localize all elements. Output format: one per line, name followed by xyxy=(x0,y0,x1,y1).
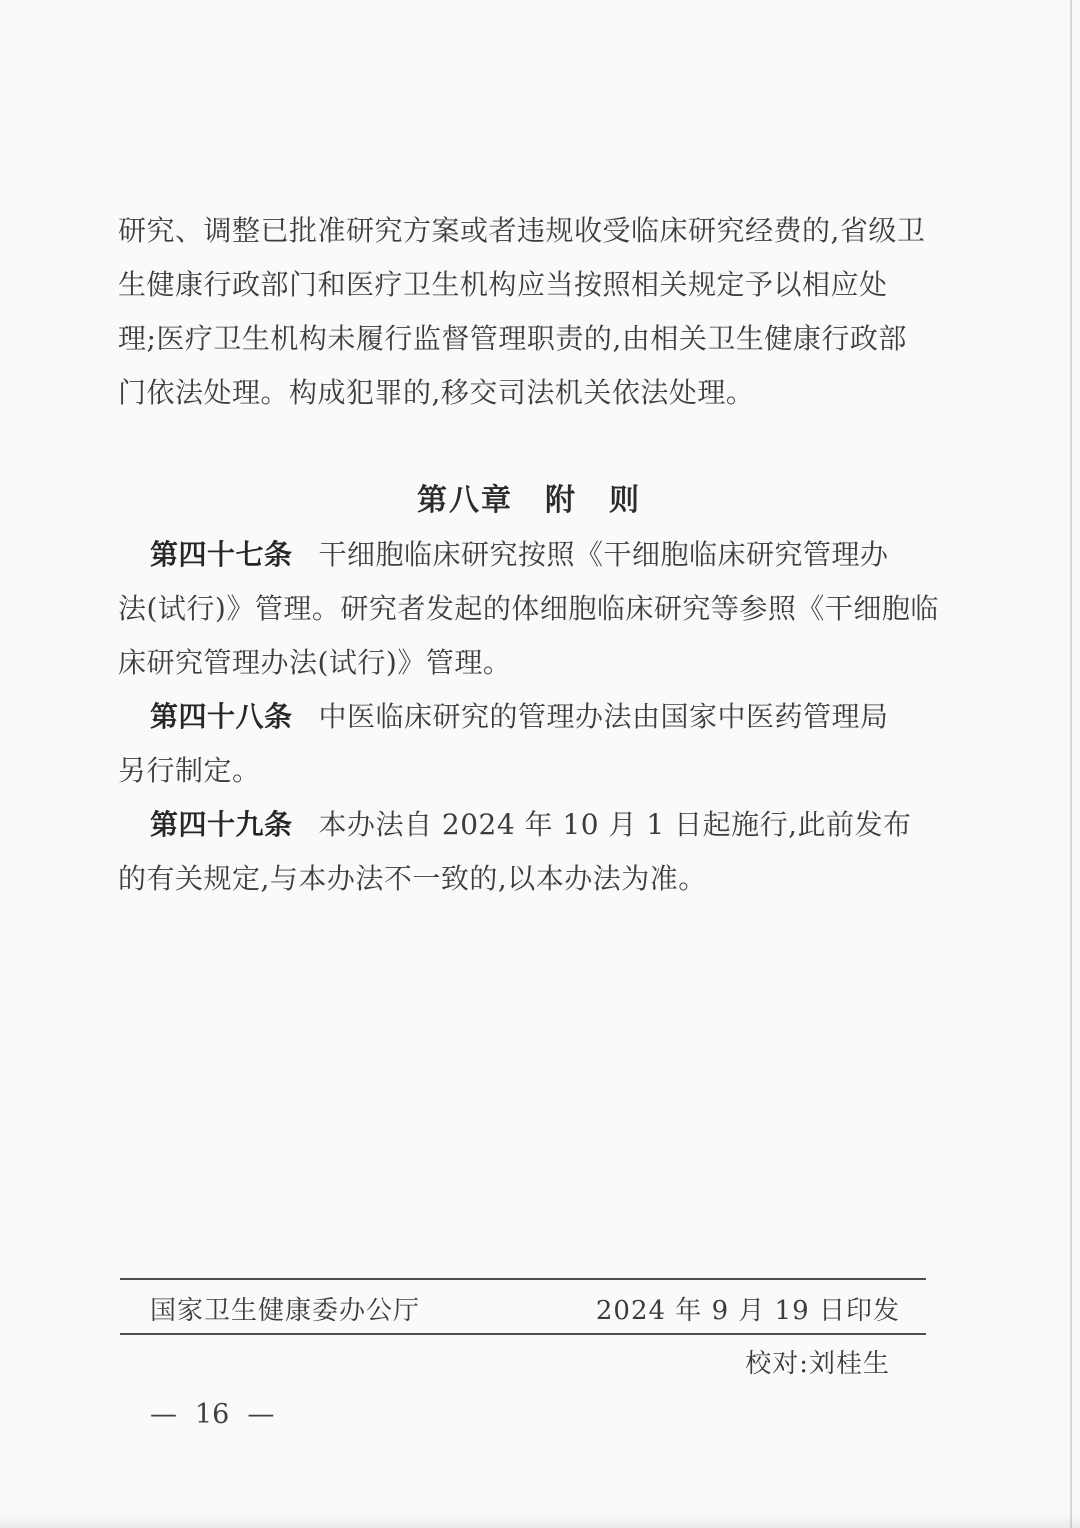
body-text-line: 生健康行政部门和医疗卫生机构应当按照相关规定予以相应处 xyxy=(118,258,940,312)
issuing-office: 国家卫生健康委办公厅 xyxy=(120,1290,420,1327)
print-date: 2024 年 9 月 19 日印发 xyxy=(596,1290,926,1327)
body-text-line: 床研究管理办法(试行)》管理。 xyxy=(118,636,940,690)
article-49-number: 第四十九条 xyxy=(150,808,293,841)
proofreader: 校对:刘桂生 xyxy=(745,1344,890,1384)
article-47-first-line: 第四十七条干细胞临床研究按照《干细胞临床研究管理办 xyxy=(118,528,940,582)
body-text-line: 理;医疗卫生机构未履行监督管理职责的,由相关卫生健康行政部 xyxy=(118,312,940,366)
page-number-dash-left: — xyxy=(150,1399,177,1430)
page-number-dash-right: — xyxy=(247,1399,274,1430)
article-48-number: 第四十八条 xyxy=(150,700,293,733)
footer-rule-bottom xyxy=(120,1333,926,1335)
article-47-text: 干细胞临床研究按照《干细胞临床研究管理办 xyxy=(319,538,889,571)
article-49-text: 本办法自 2024 年 10 月 1 日起施行,此前发布 xyxy=(319,808,912,841)
body-text-line: 另行制定。 xyxy=(118,744,940,798)
page-number: — 16 — xyxy=(150,1396,274,1432)
document-page: 研究、调整已批准研究方案或者违规收受临床研究经费的,省级卫 生健康行政部门和医疗… xyxy=(0,0,1080,1528)
scan-shadow-artifact xyxy=(0,1514,1080,1528)
body-text-line: 的有关规定,与本办法不一致的,以本办法为准。 xyxy=(118,852,940,906)
body-text-line: 法(试行)》管理。研究者发起的体细胞临床研究等参照《干细胞临 xyxy=(118,582,940,636)
article-47-number: 第四十七条 xyxy=(150,538,293,571)
document-body: 研究、调整已批准研究方案或者违规收受临床研究经费的,省级卫 生健康行政部门和医疗… xyxy=(118,204,940,906)
footer-issue-row: 国家卫生健康委办公厅 2024 年 9 月 19 日印发 xyxy=(120,1285,926,1331)
scan-edge-artifact xyxy=(1070,0,1072,1528)
chapter-heading: 第八章 附 则 xyxy=(118,474,940,528)
article-49-first-line: 第四十九条本办法自 2024 年 10 月 1 日起施行,此前发布 xyxy=(118,798,940,852)
body-text-line: 门依法处理。构成犯罪的,移交司法机关依法处理。 xyxy=(118,366,940,420)
page-number-value: 16 xyxy=(195,1399,229,1430)
footer-rule-top xyxy=(120,1278,926,1280)
article-48-first-line: 第四十八条中医临床研究的管理办法由国家中医药管理局 xyxy=(118,690,940,744)
body-text-line: 研究、调整已批准研究方案或者违规收受临床研究经费的,省级卫 xyxy=(118,204,940,258)
article-48-text: 中医临床研究的管理办法由国家中医药管理局 xyxy=(319,700,889,733)
